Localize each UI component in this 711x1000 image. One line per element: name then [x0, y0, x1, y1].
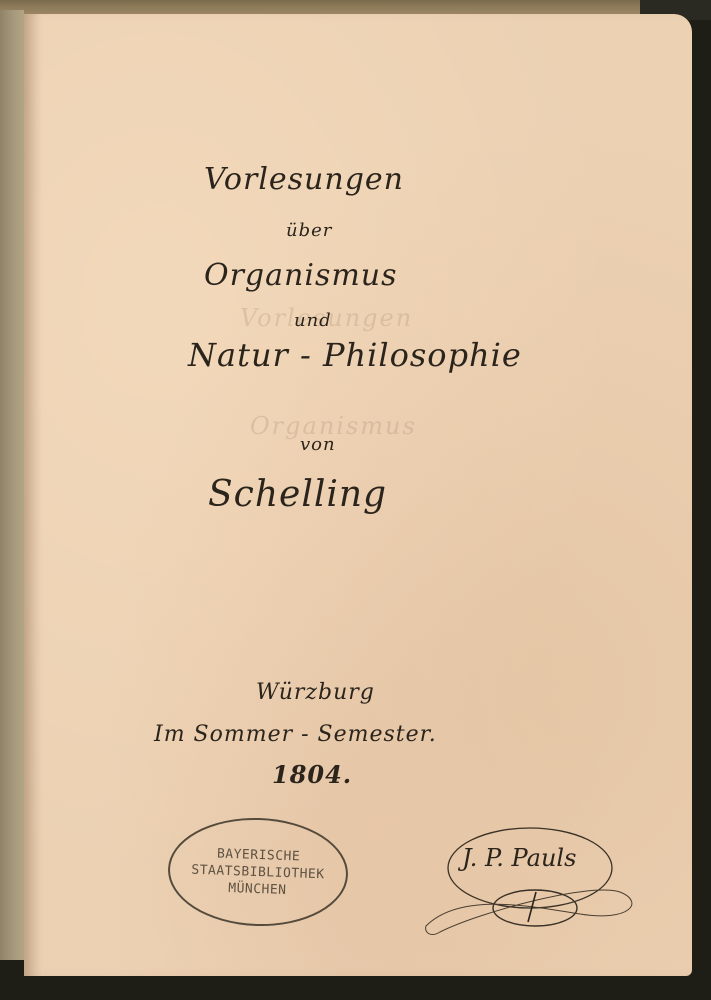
gutter-shade — [24, 14, 42, 976]
stamp-line-3: MÜNCHEN — [228, 879, 287, 898]
signature-text: J. P. Pauls — [462, 844, 576, 872]
year-1804: 1804. — [272, 760, 352, 789]
signature-flourish-icon — [420, 822, 650, 942]
title-line-organismus: Organismus — [204, 258, 398, 293]
author-name-schelling: Schelling — [208, 474, 387, 515]
term-sommer-semester: Im Sommer - Semester. — [154, 722, 437, 747]
title-line-natur-philosophie: Natur - Philosophie — [188, 336, 522, 374]
title-line-ueber: über — [286, 220, 332, 241]
title-line-und: und — [294, 310, 332, 331]
title-line-von: von — [300, 434, 336, 455]
left-binding-board — [0, 10, 24, 1000]
owner-signature: J. P. Pauls — [420, 822, 650, 942]
title-line-vorlesungen: Vorlesungen — [204, 162, 404, 197]
place-wuerzburg: Würzburg — [256, 680, 375, 705]
